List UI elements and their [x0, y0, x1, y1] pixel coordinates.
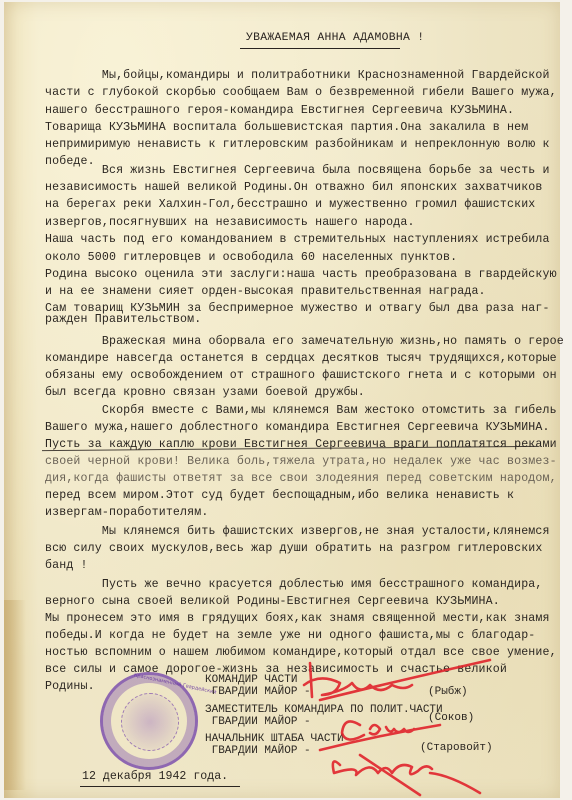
- letter-heading: УВАЖАЕМАЯ АННА АДАМОВНА !: [246, 32, 424, 44]
- body-line: Мы,бойцы,командиры и политработники Крас…: [45, 69, 550, 83]
- body-line: своей черной крови! Велика боль,тяжела у…: [45, 455, 557, 469]
- body-line: нашего бесстрашного героя-командира Евст…: [45, 104, 514, 118]
- body-line: обязаны ему освобождением от страшного ф…: [45, 369, 557, 383]
- body-line: командире навсегда останется в сердцах д…: [45, 352, 557, 366]
- body-line: всю силу своих мускулов,весь жар души об…: [45, 542, 543, 556]
- signature-commander-rank: ГВАРДИИ МАЙОР -: [205, 686, 311, 698]
- body-line: банд !: [45, 559, 88, 573]
- body-line: части с глубокой скорбью сообщаем Вам о …: [45, 86, 557, 100]
- body-line: верного сына своей великой Родины-Евстиг…: [45, 595, 500, 609]
- body-line: Вражеская мина оборвала его замечательну…: [45, 335, 564, 349]
- heading-underline: [240, 48, 400, 49]
- body-line: извергов,посягнувших на независимость на…: [45, 216, 415, 230]
- body-line: независимость нашей великой Родины.Он от…: [45, 181, 543, 195]
- stamp-emblem-icon: [121, 693, 179, 751]
- body-line: перед всем миром.Этот суд будет беспощад…: [45, 489, 514, 503]
- body-line: извергам-поработителям.: [45, 506, 208, 520]
- body-line: ражден Правительством.: [45, 313, 201, 327]
- letter-date: 12 декабря 1942 года.: [82, 770, 228, 783]
- body-line: победы.И когда не будет на земле уже ни …: [45, 629, 535, 643]
- body-line: Родина высоко оценила эти заслуги:наша ч…: [45, 268, 557, 282]
- official-stamp: Краснознаменный Гвардейский: [100, 672, 198, 770]
- body-line: Скорбя вместе с Вами,мы клянемся Вам жес…: [45, 404, 557, 418]
- body-line: Мы пронесем это имя в грядущих боях,как …: [45, 612, 550, 626]
- body-line: Вашего мужа,нашего доблестного командира…: [45, 421, 550, 435]
- signature-deputy-rank: ГВАРДИИ МАЙОР -: [205, 716, 311, 728]
- body-line: около 5000 гитлеровцев и освободила 60 н…: [45, 251, 457, 265]
- date-underline: [80, 786, 240, 787]
- body-line: Вся жизнь Евстигнея Сергеевича была посв…: [45, 164, 550, 178]
- body-line: непримиримую ненависть к гитлеровским ра…: [45, 138, 550, 152]
- body-line: Товарища КУЗЬМИНА воспитала большевистск…: [45, 121, 528, 135]
- body-line: Мы клянемся бить фашистских извергов,не …: [45, 525, 550, 539]
- handwritten-signatures: [300, 655, 560, 800]
- body-line: Пусть же вечно красуется доблестью имя б…: [45, 578, 543, 592]
- paper-aged-edge: [4, 600, 26, 790]
- body-line: был всегда кровно связан узами боевой др…: [45, 386, 365, 400]
- body-line: на берегах реки Халхин-Гол,бесстрашно и …: [45, 198, 535, 212]
- body-line: и на ее знамени сияет орден-высокая прав…: [45, 285, 486, 299]
- signature-chief-rank: ГВАРДИИ МАЙОР -: [205, 745, 311, 757]
- body-line: Родины.: [45, 680, 95, 694]
- body-line: дия,когда фашисты ответят за все свои зл…: [45, 472, 557, 486]
- body-line: Наша часть под его командованием в стрем…: [45, 233, 550, 247]
- signature-commander-title: КОМАНДИР ЧАСТИ: [205, 674, 297, 686]
